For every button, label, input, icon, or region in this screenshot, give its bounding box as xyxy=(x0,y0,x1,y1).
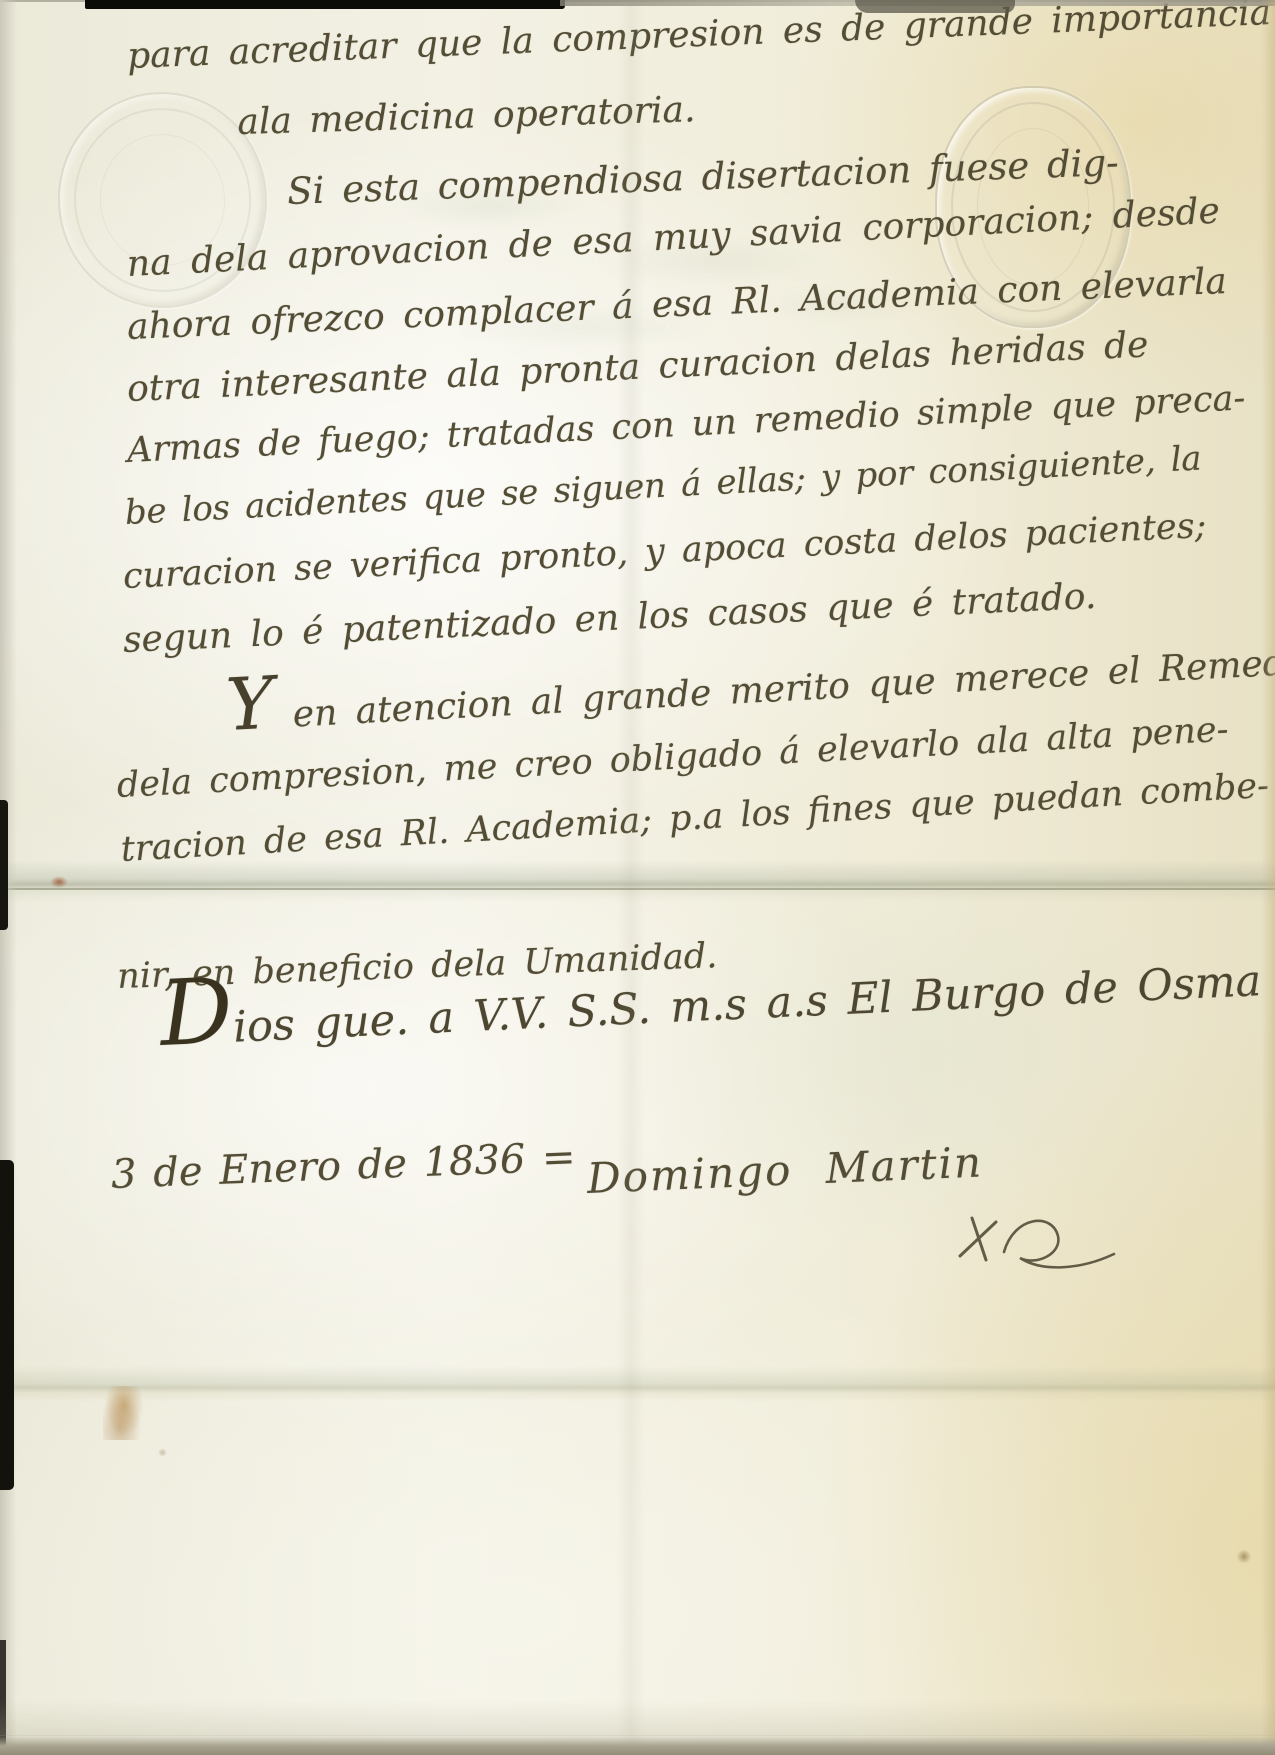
paper-speck xyxy=(158,1448,167,1457)
scan-edge-shadow xyxy=(0,800,8,930)
signature-flourish-icon xyxy=(952,1208,1122,1280)
torn-paper-notch xyxy=(855,0,1015,13)
paper-speck xyxy=(1236,1550,1252,1563)
ink-stain xyxy=(50,876,68,888)
paper-stain xyxy=(103,1386,145,1440)
scan-edge-shadow xyxy=(0,1160,14,1490)
date-line: 3 de Enero de 1836 = xyxy=(110,1134,576,1198)
manuscript-page: para acreditar que la compresion es de g… xyxy=(0,0,1275,1755)
signature: Domingo Martin xyxy=(586,1137,984,1203)
manuscript-line: para acreditar que la compresion es de g… xyxy=(126,0,1271,77)
scan-edge-shadow xyxy=(85,0,565,9)
paper-right-edge xyxy=(1261,0,1275,1755)
paper-bottom-shadow xyxy=(0,1700,1275,1736)
paper-bottom-edge xyxy=(0,1735,1275,1755)
vertical-fold-crease xyxy=(617,0,645,1755)
